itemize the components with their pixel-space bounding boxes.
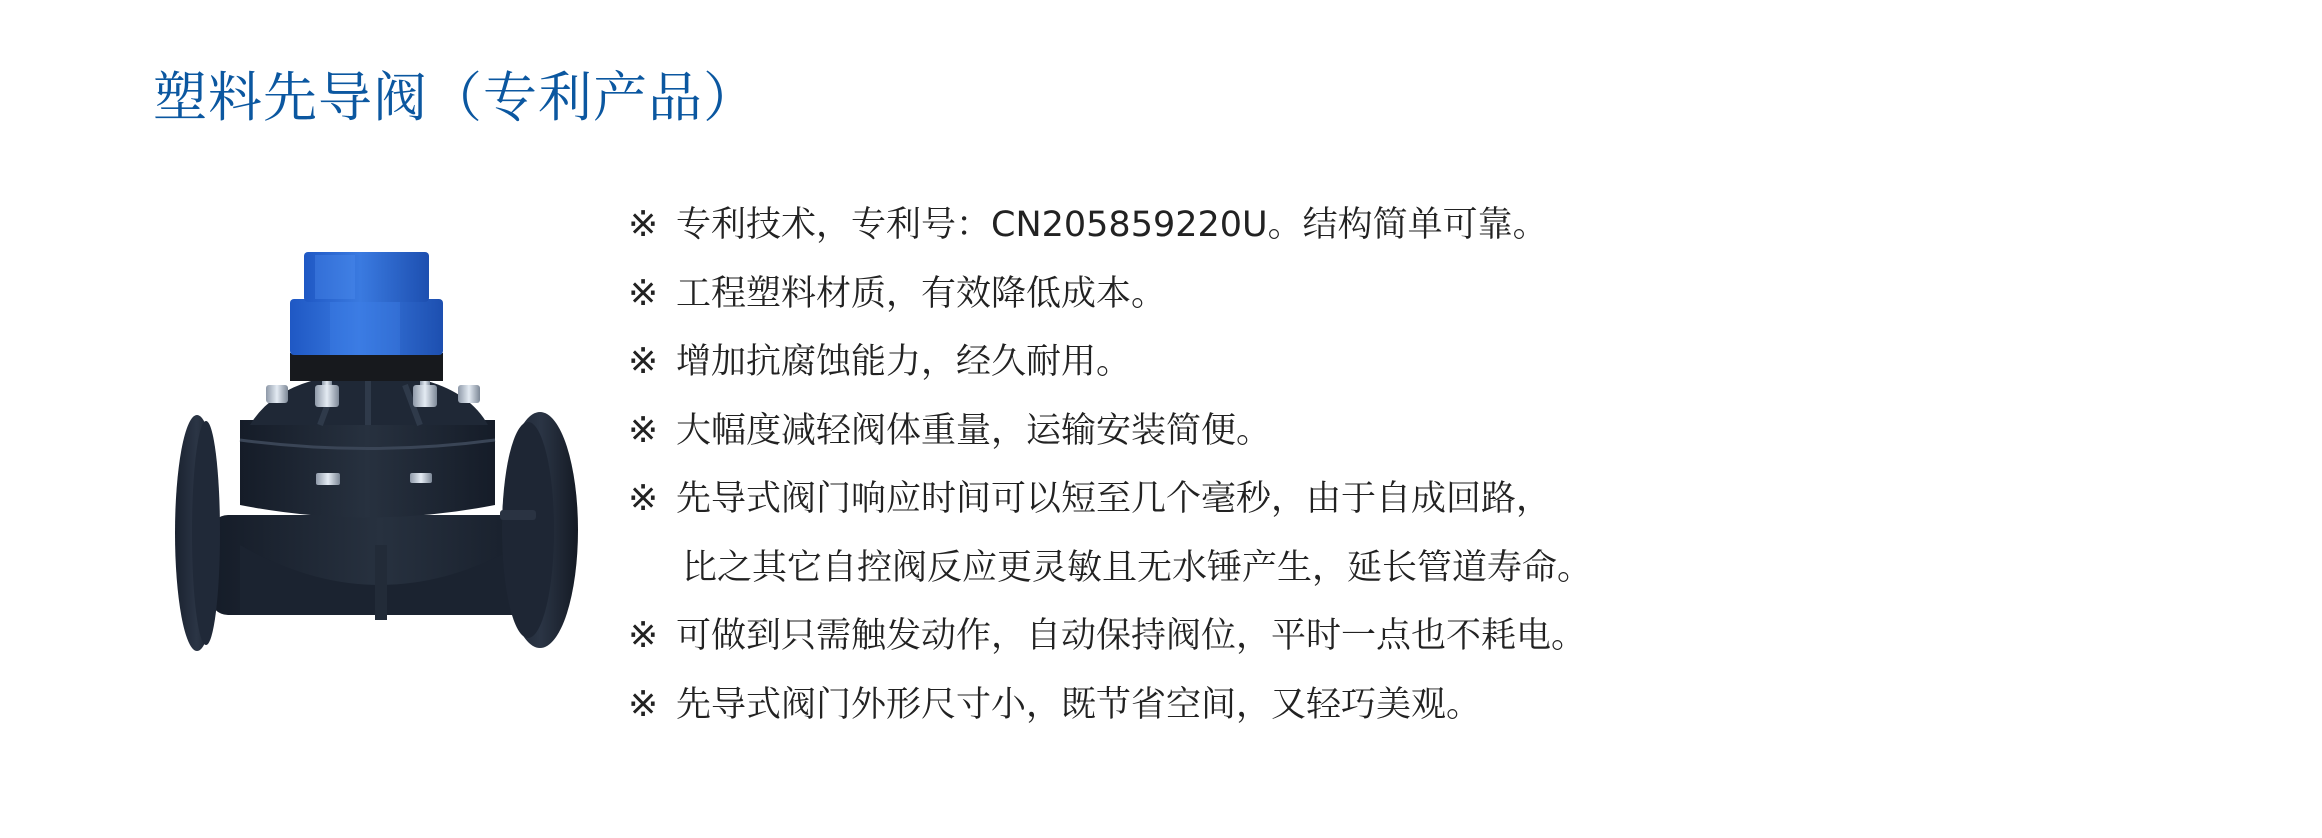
reference-mark-icon: ※ [628, 402, 676, 460]
reference-mark-icon: ※ [628, 676, 676, 734]
page-title: 塑料先导阀（专利产品） [153, 62, 758, 134]
reference-mark-icon: ※ [628, 470, 676, 528]
feature-list: ※ 专利技术，专利号：CN205859220U。结构简单可靠。 ※ 工程塑料材质… [628, 196, 1592, 744]
feature-item: ※ 先导式阀门响应时间可以短至几个毫秒，由于自成回路， [628, 470, 1592, 539]
valve-illustration-icon [170, 245, 590, 665]
reference-mark-icon: ※ [628, 333, 676, 391]
feature-text: 大幅度减轻阀体重量，运输安装简便。 [676, 402, 1271, 460]
feature-text: 比之其它自控阀反应更灵敏且无水锤产生，延长管道寿命。 [676, 539, 1592, 597]
feature-text: 可做到只需触发动作，自动保持阀位，平时一点也不耗电。 [676, 607, 1586, 665]
feature-text: 专利技术，专利号：CN205859220U。结构简单可靠。 [676, 196, 1548, 254]
feature-item: ※ 增加抗腐蚀能力，经久耐用。 [628, 333, 1592, 402]
feature-item: ※ 大幅度减轻阀体重量，运输安装简便。 [628, 402, 1592, 471]
reference-mark-icon: ※ [628, 607, 676, 665]
feature-item: ※ 先导式阀门外形尺寸小，既节省空间，又轻巧美观。 [628, 676, 1592, 745]
feature-item-continuation: 比之其它自控阀反应更灵敏且无水锤产生，延长管道寿命。 [628, 539, 1592, 608]
feature-item: ※ 工程塑料材质，有效降低成本。 [628, 265, 1592, 334]
feature-text: 先导式阀门响应时间可以短至几个毫秒，由于自成回路， [676, 470, 1551, 528]
feature-text: 先导式阀门外形尺寸小，既节省空间，又轻巧美观。 [676, 676, 1481, 734]
feature-text: 工程塑料材质，有效降低成本。 [676, 265, 1166, 323]
feature-item: ※ 专利技术，专利号：CN205859220U。结构简单可靠。 [628, 196, 1592, 265]
feature-text: 增加抗腐蚀能力，经久耐用。 [676, 333, 1131, 391]
product-image-pilot-valve [170, 245, 590, 665]
feature-item: ※ 可做到只需触发动作，自动保持阀位，平时一点也不耗电。 [628, 607, 1592, 676]
reference-mark-icon: ※ [628, 196, 676, 254]
reference-mark-icon: ※ [628, 265, 676, 323]
